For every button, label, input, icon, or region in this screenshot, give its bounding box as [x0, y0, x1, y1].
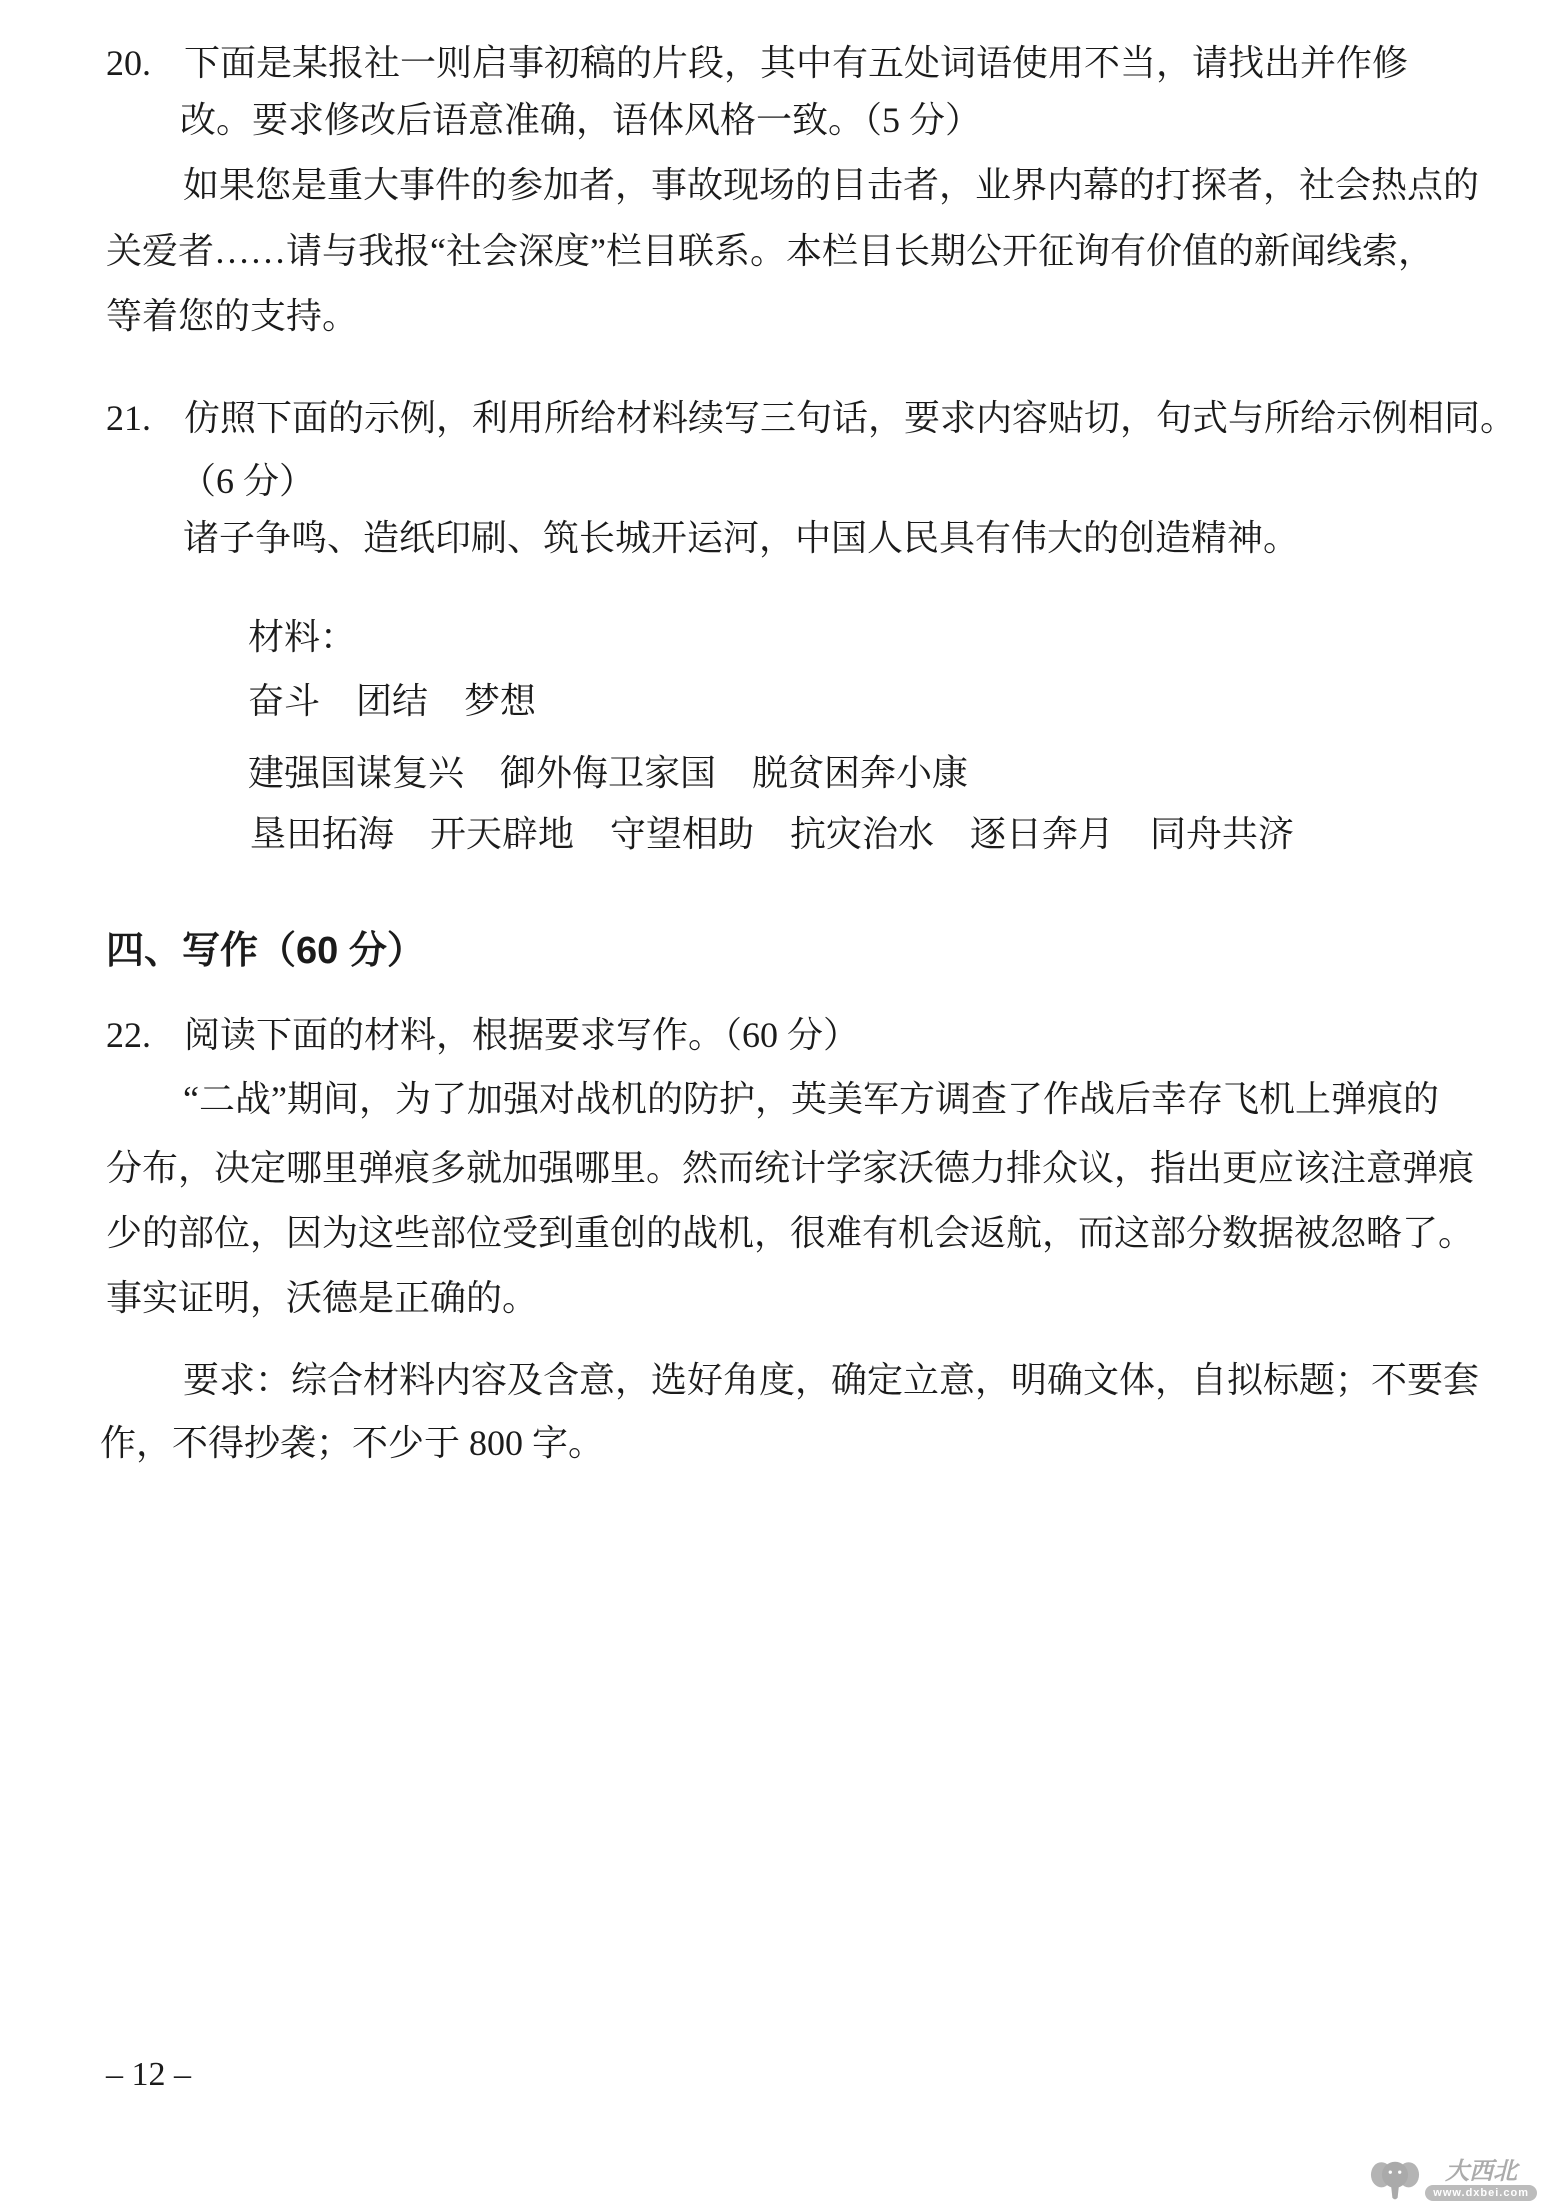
question-20-passage-line2: 关爱者……请与我报“社会深度”栏目联系。本栏目长期公开征询有价值的新闻线索， — [106, 228, 1434, 274]
watermark-url: www.dxbei.com — [1425, 2185, 1537, 2201]
question-21-material-line3: 垦田拓海 开天辟地 守望相助 抗灾治水 逐日奔月 同舟共济 — [250, 811, 1294, 857]
question-20-stem-line2: 改。要求修改后语意准确，语体风格一致。（5 分） — [180, 97, 981, 143]
exam-page: 20.下面是某报社一则启事初稿的片段，其中有五处词语使用不当，请找出并作修 改。… — [0, 0, 1543, 2205]
elephant-icon — [1369, 2157, 1421, 2203]
question-21-material-label: 材料： — [248, 614, 356, 660]
section-4-heading: 四、写作（60 分） — [106, 928, 425, 974]
dxbei-watermark: 大西北 www.dxbei.com — [1369, 2157, 1537, 2203]
question-22-requirements-line2: 作，不得抄袭；不少于 800 字。 — [100, 1420, 604, 1466]
question-22-passage-line1: “二战”期间，为了加强对战机的防护，英美军方调查了作战后幸存飞机上弹痕的 — [183, 1076, 1439, 1122]
question-21-number: 21. — [106, 395, 184, 441]
question-22-stem: 22.阅读下面的材料，根据要求写作。（60 分） — [106, 1012, 859, 1058]
watermark-text-block: 大西北 www.dxbei.com — [1425, 2159, 1537, 2201]
question-21-example-sentence: 诸子争鸣、造纸印刷、筑长城开运河，中国人民具有伟大的创造精神。 — [183, 515, 1299, 561]
question-22-passage-line2: 分布，决定哪里弹痕多就加强哪里。然而统计学家沃德力排众议，指出更应该注意弹痕 — [106, 1145, 1474, 1191]
page-number: – 12 – — [106, 2052, 191, 2098]
question-21-material-line2: 建强国谋复兴 御外侮卫家国 脱贫困奔小康 — [248, 750, 968, 796]
question-20-number: 20. — [106, 40, 184, 86]
question-22-passage-line4: 事实证明，沃德是正确的。 — [106, 1275, 538, 1321]
question-20-stem-text1: 下面是某报社一则启事初稿的片段，其中有五处词语使用不当，请找出并作修 — [184, 43, 1408, 83]
question-21-material-line1: 奋斗 团结 梦想 — [248, 678, 536, 724]
question-21-stem-line1: 21.仿照下面的示例，利用所给材料续写三句话，要求内容贴切，句式与所给示例相同。 — [106, 395, 1516, 441]
question-20-stem-line1: 20.下面是某报社一则启事初稿的片段，其中有五处词语使用不当，请找出并作修 — [106, 40, 1408, 86]
question-20-passage-line3: 等着您的支持。 — [106, 293, 358, 339]
question-22-number: 22. — [106, 1012, 184, 1058]
question-22-requirements-line1: 要求：综合材料内容及含意，选好角度，确定立意，明确文体，自拟标题；不要套 — [183, 1357, 1479, 1403]
question-22-stem-text: 阅读下面的材料，根据要求写作。（60 分） — [184, 1015, 859, 1055]
question-21-points: （6 分） — [180, 458, 315, 504]
question-20-passage-line1: 如果您是重大事件的参加者，事故现场的目击者，业界内幕的打探者，社会热点的 — [183, 162, 1479, 208]
watermark-brand: 大西北 — [1445, 2159, 1517, 2185]
question-22-passage-line3: 少的部位，因为这些部位受到重创的战机，很难有机会返航，而这部分数据被忽略了。 — [106, 1210, 1474, 1256]
question-21-stem-text1: 仿照下面的示例，利用所给材料续写三句话，要求内容贴切，句式与所给示例相同。 — [184, 398, 1516, 438]
